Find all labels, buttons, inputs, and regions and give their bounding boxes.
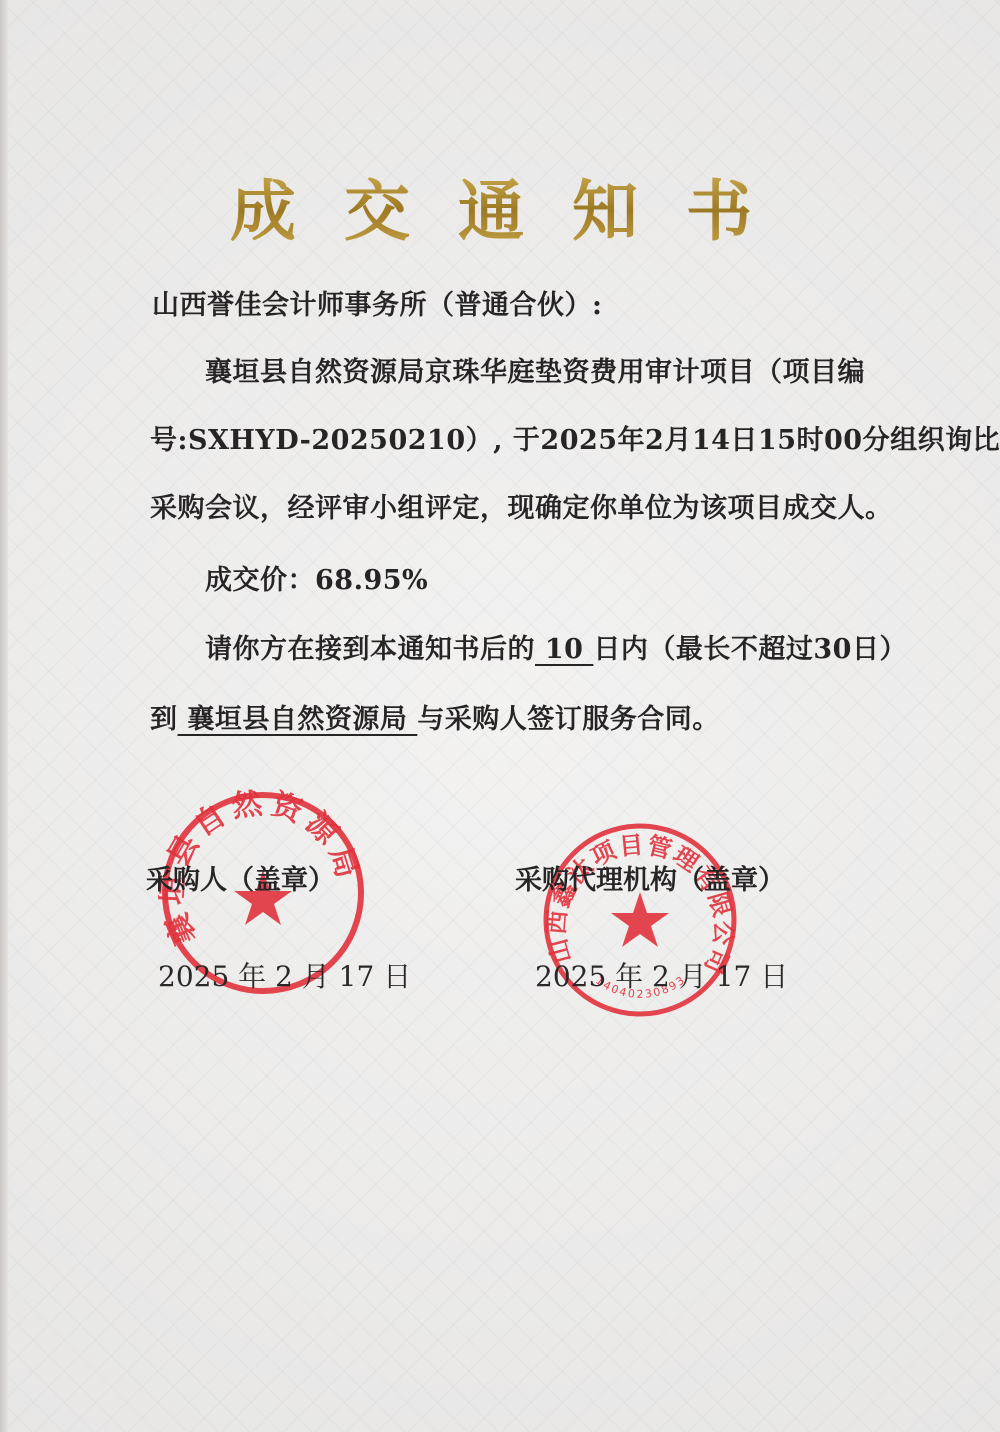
paragraph2-line2: 到 襄垣县自然资源局 与采购人签订服务合同。 — [150, 697, 720, 736]
recipient: 山西誉佳会计师事务所（普通合伙）: — [152, 283, 602, 322]
purchaser-label: 采购人（盖章） — [146, 858, 335, 897]
agency-label: 采购代理机构（盖章） — [515, 858, 785, 897]
contract-place: 襄垣县自然资源局 — [178, 704, 418, 735]
paragraph1-line2: 号:SXHYD-20250210）, 于2025年2月14日15时00分组织询比 — [150, 418, 1000, 457]
contract-prefix: 到 — [150, 704, 178, 735]
price-label: 成交价： — [205, 565, 315, 596]
deadline-suffix: 日内（最长不超过30日） — [593, 634, 907, 665]
deadline-days: 10 — [535, 634, 593, 665]
contract-suffix: 与采购人签订服务合同。 — [417, 704, 720, 735]
paragraph1-line3: 采购会议，经评审小组评定，现确定你单位为该项目成交人。 — [150, 486, 893, 525]
deadline-prefix: 请你方在接到本通知书后的 — [205, 634, 535, 665]
price-line: 成交价：68.95% — [205, 558, 428, 597]
paragraph2-line1: 请你方在接到本通知书后的 10 日内（最长不超过30日） — [205, 627, 907, 666]
paragraph1-line1: 襄垣县自然资源局京珠华庭垫资费用审计项目（项目编 — [205, 350, 865, 389]
document-title: 成交通知书 — [0, 158, 1000, 253]
price-value: 68.95% — [315, 565, 428, 596]
purchaser-date: 2025 年 2 月 17 日 — [158, 955, 411, 995]
agency-date: 2025 年 2 月 17 日 — [535, 955, 788, 995]
